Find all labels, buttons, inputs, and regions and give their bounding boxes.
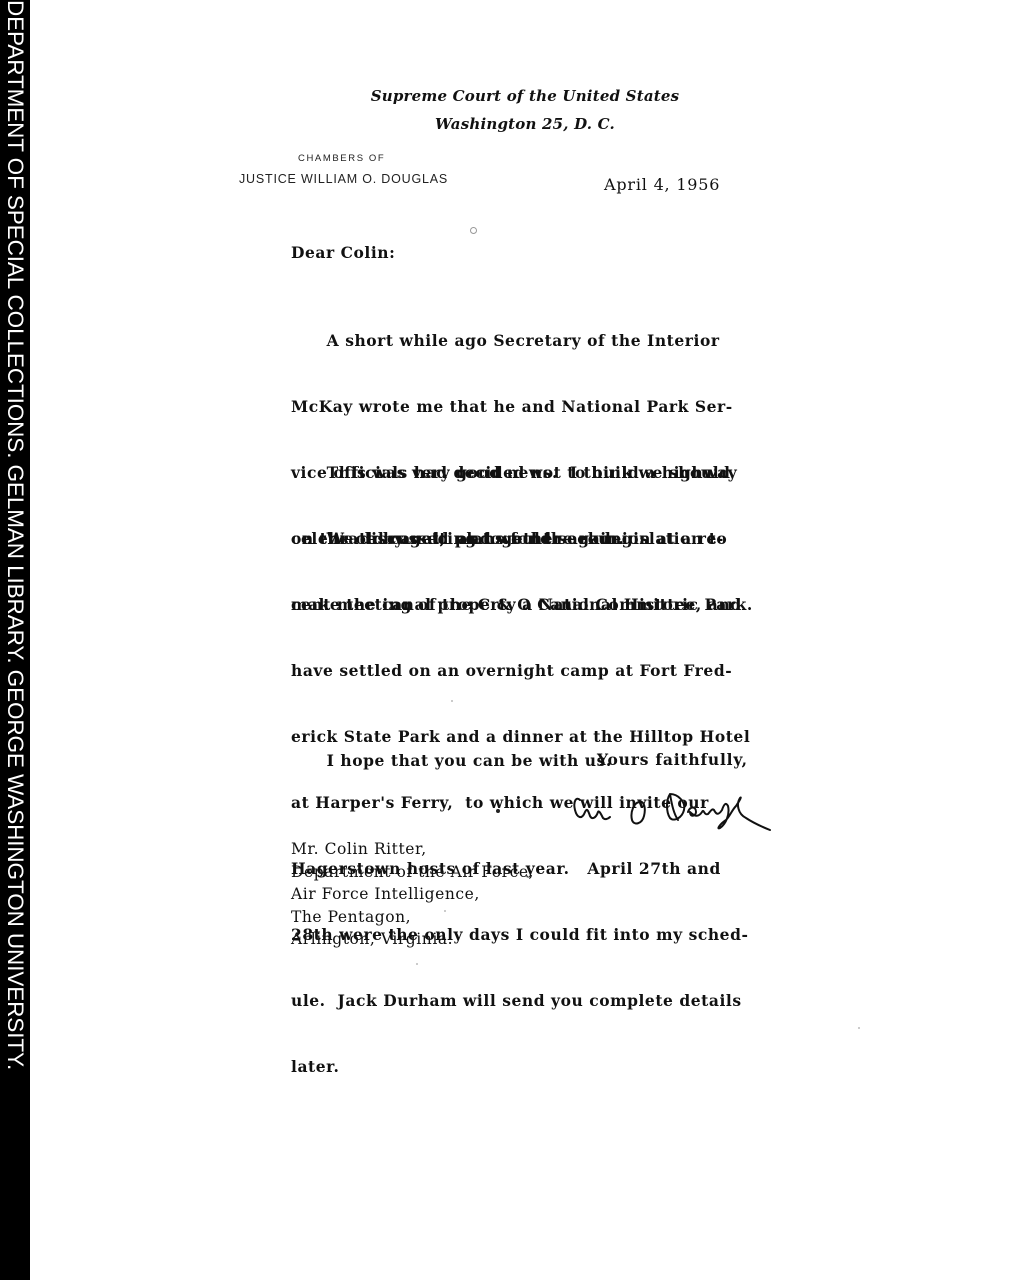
recipient-address: Mr. Colin Ritter, Department of the Air … [291,838,534,951]
address-line: The Pentagon, [291,906,534,929]
paragraph-line: This was very good news. I think we shou… [291,462,731,484]
letter-date: April 4, 1956 [604,175,720,194]
letterhead: Supreme Court of the United States Washi… [370,82,680,138]
signature: W O Douglas [570,780,785,835]
address-line: Department of the Air Force, [291,861,534,884]
paragraph-line: A short while ago Secretary of the Inter… [291,330,753,352]
letterhead-city: Washington 25, D. C. [370,110,680,138]
archive-sidebar: DEPARTMENT OF SPECIAL COLLECTIONS. GELMA… [0,0,30,1280]
address-line: Arlington, Virginia. [291,928,534,951]
paper-speck [444,910,446,912]
address-line: Air Force Intelligence, [291,883,534,906]
closing: Yours faithfully, [597,750,748,769]
paragraph-line: McKay wrote me that he and National Park… [291,396,753,418]
paragraph-line: cent meeting of the C & O Canal Committe… [291,594,750,616]
paragraph-line: have settled on an overnight camp at For… [291,660,750,682]
paper-mark [470,227,477,234]
paragraph-4: I hope that you can be with us. [291,706,612,794]
salutation: Dear Colin: [291,242,395,264]
ink-dot [496,809,500,813]
chambers-label: CHAMBERS OF [298,153,385,164]
archive-credit-text: DEPARTMENT OF SPECIAL COLLECTIONS. GELMA… [0,0,30,1070]
paper-speck [858,1027,860,1029]
address-line: Mr. Colin Ritter, [291,838,534,861]
paragraph-line: later. [291,1056,750,1078]
chambers-justice-name: JUSTICE WILLIAM O. DOUGLAS [239,172,448,186]
paragraph-line: I hope that you can be with us. [291,750,612,772]
paragraph-line: We discussed plans for the reunion at a … [291,528,750,550]
paper-speck [416,963,418,965]
paragraph-line: ule. Jack Durham will send you complete … [291,990,750,1012]
letterhead-court: Supreme Court of the United States [370,82,680,110]
paper-speck [451,700,453,702]
